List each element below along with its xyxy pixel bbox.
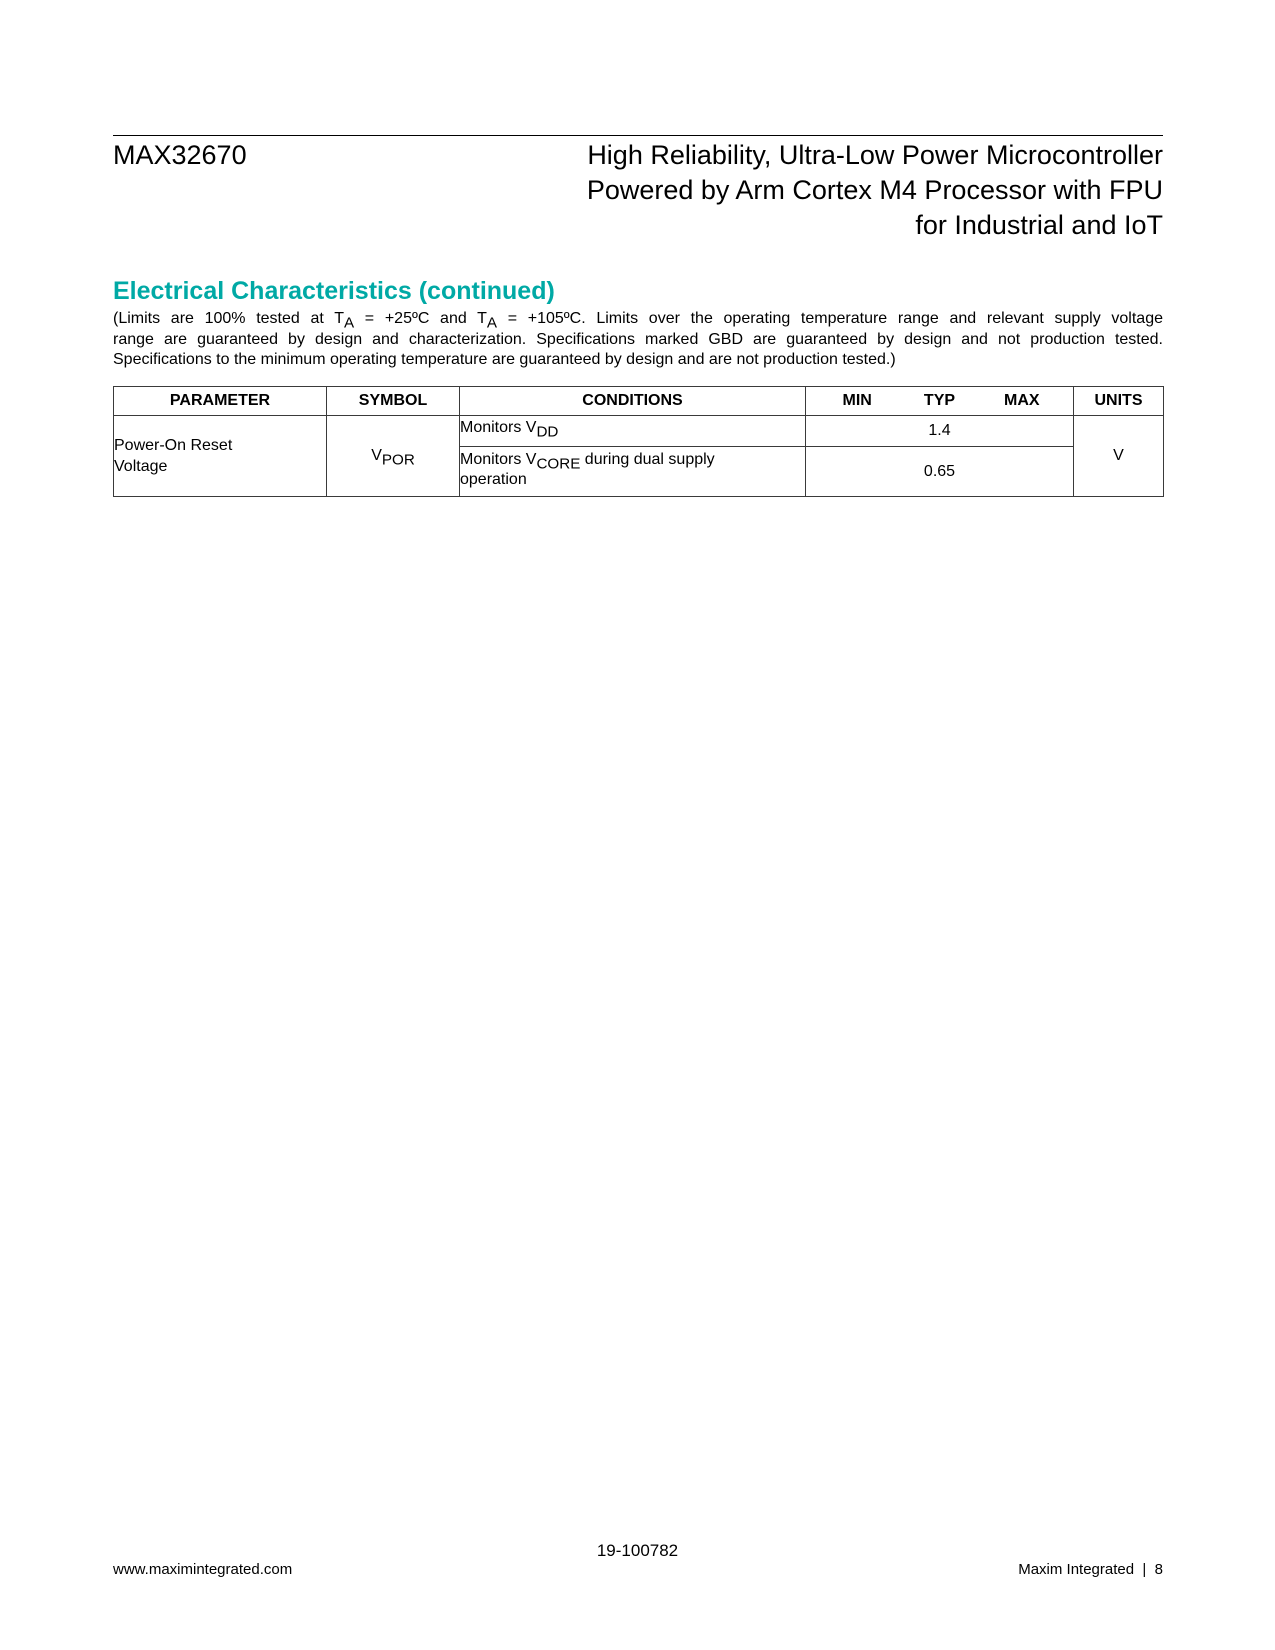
condition-cell: Monitors VCORE during dual supplyoperati…	[460, 447, 806, 497]
note-line-2: range are guaranteed by design and chara…	[113, 330, 1163, 351]
table-row: Power-On Reset Voltage VPOR Monitors VDD…	[114, 416, 1164, 447]
header-symbol: SYMBOL	[327, 387, 460, 416]
footer-website-link[interactable]: www.maximintegrated.com	[113, 1561, 292, 1578]
table-header-row: PARAMETER SYMBOL CONDITIONS MIN TYP MAX …	[114, 387, 1164, 416]
typ-value-cell: 1.4	[806, 416, 1074, 447]
header-units: UNITS	[1074, 387, 1164, 416]
typ-value-cell: 0.65	[806, 447, 1074, 497]
test-conditions-note: (Limits are 100% tested at TA = +25ºC an…	[113, 309, 1163, 371]
header-conditions: CONDITIONS	[460, 387, 806, 416]
document-title-line-2: Powered by Arm Cortex M4 Processor with …	[587, 173, 1163, 208]
header-parameter: PARAMETER	[114, 387, 327, 416]
header-rule	[113, 135, 1163, 136]
note-line-3: Specifications to the minimum operating …	[113, 350, 1163, 371]
parameter-cell: Power-On Reset Voltage	[114, 416, 327, 497]
note-line-1: (Limits are 100% tested at TA = +25ºC an…	[113, 309, 1163, 330]
document-title: High Reliability, Ultra-Low Power Microc…	[587, 138, 1163, 243]
header-typ: TYP	[899, 392, 981, 410]
units-cell: V	[1074, 416, 1164, 497]
document-title-line-1: High Reliability, Ultra-Low Power Microc…	[587, 138, 1163, 173]
document-title-line-3: for Industrial and IoT	[587, 208, 1163, 243]
section-heading: Electrical Characteristics (continued)	[113, 276, 555, 306]
symbol-cell: VPOR	[327, 416, 460, 497]
header-max: MAX	[981, 392, 1063, 410]
footer-company-page: Maxim Integrated | 8	[1018, 1561, 1163, 1578]
electrical-characteristics-table: PARAMETER SYMBOL CONDITIONS MIN TYP MAX …	[113, 386, 1164, 497]
header-min-typ-max: MIN TYP MAX	[806, 387, 1074, 416]
part-number: MAX32670	[113, 138, 247, 173]
document-number: 19-100782	[0, 1541, 1275, 1561]
header-min: MIN	[816, 392, 898, 410]
condition-cell: Monitors VDD	[460, 416, 806, 447]
